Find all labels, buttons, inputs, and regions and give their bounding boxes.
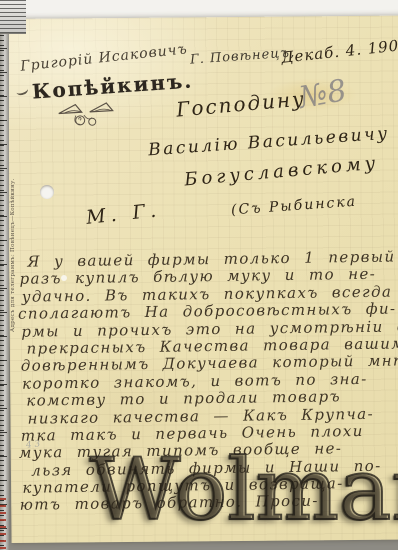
paper-speck [61, 275, 67, 281]
ruler-red-marks [0, 498, 6, 550]
ornament-icon [55, 99, 118, 130]
ruler-end-cap [0, 0, 26, 34]
scanned-letter: Григорій Исаковичъ Копѣйкинъ. Г. Повѣнец… [0, 0, 398, 550]
watermark-text: Wolmar [90, 447, 398, 532]
punch-hole [40, 185, 54, 199]
letterhead-ornament [55, 99, 119, 134]
ruler [0, 0, 9, 550]
